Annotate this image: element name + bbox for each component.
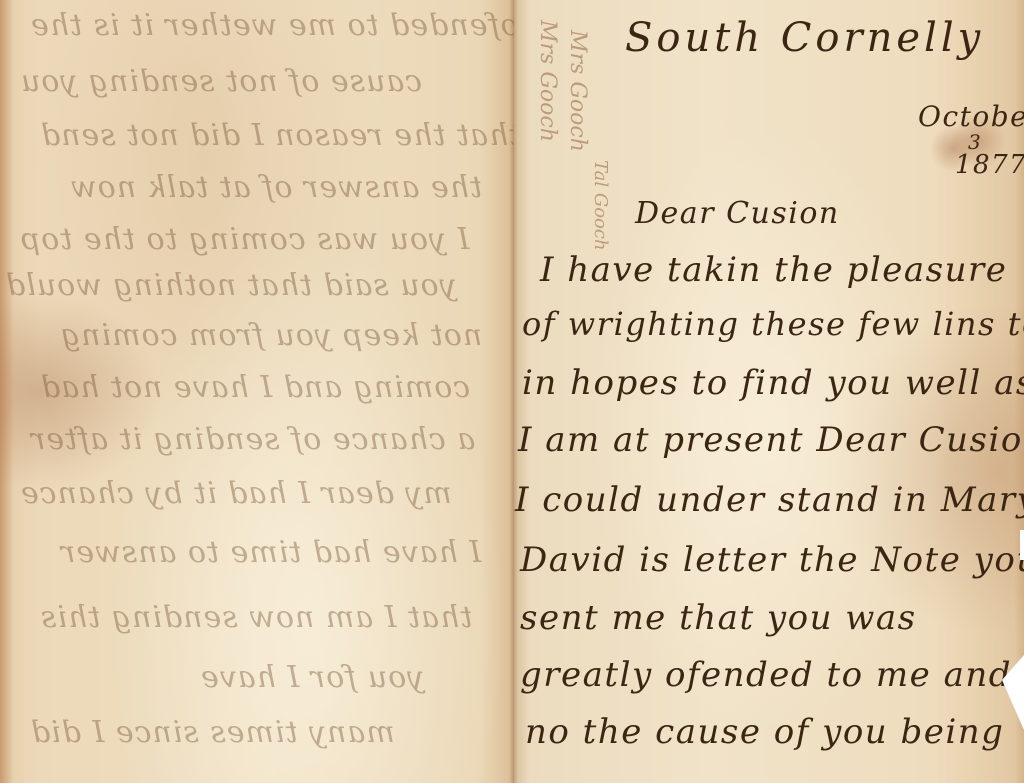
torn-edge (1020, 530, 1024, 560)
letter-year: 1877 (955, 150, 1024, 180)
bleed-line: I have had time to answer (60, 535, 481, 570)
page-fold (510, 0, 518, 783)
body-line: David is letter the Note you (520, 540, 1024, 580)
bleed-through-text: ofended to me wether it is the cause of … (0, 0, 514, 783)
letter-month: October (918, 100, 1024, 133)
margin-note: Mrs Gooch (535, 20, 560, 142)
body-line: greatly ofended to me and I do (520, 655, 1024, 695)
body-line: I have takin the pleasure (540, 250, 1007, 290)
letter-salutation: Dear Cusion (635, 196, 840, 231)
body-line: in hopes to find you well as (522, 363, 1024, 403)
bleed-line: not keep you from coming (60, 318, 482, 353)
bleed-line: that I am now sending this (40, 600, 472, 635)
bleed-line: my dear I had it by chance (20, 476, 452, 511)
bleed-line: ofended to me wether it is the (30, 8, 514, 43)
bleed-line: coming and I have not had (40, 370, 470, 405)
body-line: I am at present Dear Cusion (518, 420, 1024, 460)
bleed-line: many times since I did (30, 715, 395, 750)
body-line: I could under stand in Mary (515, 480, 1024, 520)
bleed-line: you for I have (200, 660, 424, 695)
bleed-line: that the reason I did not send (40, 118, 514, 153)
bleed-line: the answer of at talk now (70, 170, 482, 205)
left-page: ofended to me wether it is the cause of … (0, 0, 514, 783)
body-line: sent me that you was (520, 598, 917, 638)
bleed-line: cause of not sending you (20, 64, 422, 99)
bleed-line: a chance of sending it after (30, 422, 475, 457)
body-line: of wrighting these few lins to you (522, 305, 1024, 343)
bleed-line: you said that nothing would (5, 268, 457, 303)
margin-note: Mrs Gooch (565, 30, 590, 152)
margin-note: Tal Gooch (590, 160, 611, 251)
letter-scan: ofended to me wether it is the cause of … (0, 0, 1024, 783)
body-line: no the cause of you being (525, 712, 1004, 752)
bleed-line: I you was coming to the top (20, 222, 469, 257)
torn-edge (1002, 655, 1024, 730)
letter-place: South Cornelly (625, 15, 984, 61)
